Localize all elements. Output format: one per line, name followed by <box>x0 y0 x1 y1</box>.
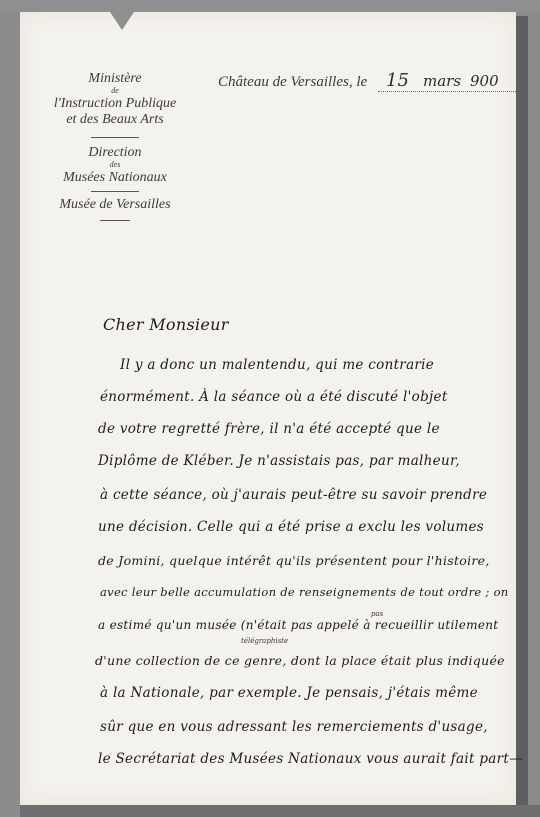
interlinear-note: télégraphiste <box>241 637 288 645</box>
ministry-de: de <box>40 87 190 95</box>
dateline-dotted-rule <box>378 91 528 92</box>
dateline-year: 900 <box>470 72 499 90</box>
letter-line: avec leur belle accumulation de renseign… <box>100 585 509 599</box>
interlinear-note: pas <box>371 610 383 618</box>
letter-line: à la Nationale, par exemple. Je pensais,… <box>100 685 478 701</box>
direction-musees: Musées Nationaux <box>40 171 190 185</box>
letter-line: de Jomini, quelque intérêt qu'ils présen… <box>98 553 490 568</box>
dateline-day: 15 <box>386 70 409 91</box>
dateline: Château de Versailles, le 15 mars 900 <box>218 72 518 102</box>
letter-line: le Secrétariat des Musées Nationaux vous… <box>98 751 523 767</box>
letter-line: à cette séance, où j'aurais peut-être su… <box>100 487 487 503</box>
museum-name: Musée de Versailles <box>40 198 190 212</box>
letter-line: de votre regretté frère, il n'a été acce… <box>98 421 440 437</box>
ministry-title: Ministère <box>40 72 190 86</box>
paper-shadow-bottom <box>20 805 540 817</box>
letterhead-divider <box>91 191 139 192</box>
paper-tear <box>110 12 134 30</box>
letter-line: une décision. Celle qui a été prise a ex… <box>98 519 484 535</box>
letter-line: énormément. À la séance où a été discuté… <box>100 389 448 405</box>
letterhead-divider <box>91 137 139 138</box>
paper-shadow-right <box>516 16 528 806</box>
ministry-instruction: l'Instruction Publique <box>40 97 190 111</box>
salutation: Cher Monsieur <box>103 315 229 334</box>
letter-line: Il y a donc un malentendu, qui me contra… <box>120 357 434 373</box>
direction-des: des <box>40 161 190 169</box>
letter-line: Diplôme de Kléber. Je n'assistais pas, p… <box>98 453 460 469</box>
dateline-place: Château de Versailles, le <box>218 74 367 91</box>
letterhead-divider <box>100 220 130 221</box>
letter-line: d'une collection de ce genre, dont la pl… <box>95 653 505 668</box>
ministry-beaux-arts: et des Beaux Arts <box>40 113 190 127</box>
letter-line: a estimé qu'un musée (n'était pas appelé… <box>98 618 498 632</box>
letterhead: Ministère de l'Instruction Publique et d… <box>40 70 190 221</box>
direction-title: Direction <box>40 146 190 160</box>
letter-line: sûr que en vous adressant les remercieme… <box>100 719 488 735</box>
dateline-month: mars <box>423 72 461 90</box>
backdrop <box>0 0 540 12</box>
